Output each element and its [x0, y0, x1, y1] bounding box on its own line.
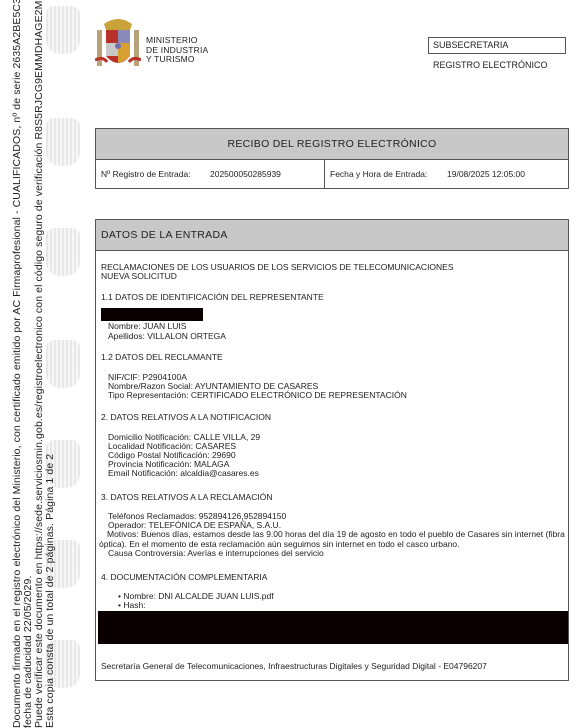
section-2-title: 2. DATOS RELATIVOS A LA NOTIFICACION	[101, 412, 271, 422]
seal-text-line-4: Esta copia consta de un total de 2 págin…	[45, 454, 56, 728]
coat-of-arms-watermark-icon	[46, 6, 80, 54]
dispute-cause: Causa Controversia: Averías e interrupci…	[108, 549, 324, 559]
entry-data-section: DATOS DE LA ENTRADA RECLAMACIONES DE LOS…	[95, 219, 569, 681]
entry-datetime-cell: Fecha y Hora de Entrada: 19/08/2025 12:0…	[325, 160, 568, 189]
entry-number-cell: Nº Registro de Entrada: 202500050285939	[96, 160, 325, 189]
representation-type: Tipo Representación: CERTIFICADO ELECTRÓ…	[108, 391, 407, 401]
request-type: NUEVA SOLICITUD	[101, 272, 177, 282]
claim-reasons: Motivos: Buenos días, estamos desde las …	[99, 530, 565, 549]
entry-number-label: Nº Registro de Entrada:	[101, 160, 191, 189]
spanish-coat-of-arms-icon	[95, 16, 141, 72]
ministry-name: MINISTERIO DE INDUSTRIA Y TURISMO	[146, 36, 208, 65]
coat-of-arms-watermark-icon	[46, 118, 80, 166]
registro-electronico-label: REGISTRO ELECTRÓNICO	[433, 60, 548, 70]
ministry-line-3: Y TURISMO	[146, 55, 208, 65]
entry-datetime-label: Fecha y Hora de Entrada:	[330, 160, 427, 189]
representative-surnames: Apellidos: VILLALON ORTEGA	[108, 332, 226, 342]
section-1-1-title: 1.1 DATOS DE IDENTIFICACIÓN DEL REPRESEN…	[101, 292, 324, 302]
entry-data-title: DATOS DE LA ENTRADA	[96, 220, 568, 251]
redacted-block	[101, 308, 203, 321]
entry-number-value: 202500050285939	[210, 160, 281, 189]
entry-datetime-value: 19/08/2025 12:05:00	[447, 160, 525, 189]
redacted-hash-block	[98, 611, 568, 644]
issuing-body-footer: Secretaría General de Telecomunicaciones…	[101, 661, 487, 671]
subsecretaria-box: SUBSECRETARIA	[428, 37, 566, 54]
section-3-title: 3. DATOS RELATIVOS A LA RECLAMACIÓN	[101, 492, 272, 502]
margin-signature-seal: Documento firmado en el registro electró…	[0, 0, 88, 728]
coat-of-arms-watermark-icon	[46, 340, 80, 388]
receipt-table: RECIBO DEL REGISTRO ELECTRÓNICO Nº Regis…	[95, 128, 569, 189]
section-4-title: 4. DOCUMENTACIÓN COMPLEMENTARIA	[101, 572, 267, 582]
attachment-hash-label: • Hash:	[118, 601, 146, 611]
receipt-title: RECIBO DEL REGISTRO ELECTRÓNICO	[96, 129, 568, 160]
notification-email: Email Notificación: alcaldia@casares.es	[108, 469, 259, 479]
coat-of-arms-watermark-icon	[46, 228, 80, 276]
section-1-2-title: 1.2 DATOS DEL RECLAMANTE	[101, 352, 223, 362]
